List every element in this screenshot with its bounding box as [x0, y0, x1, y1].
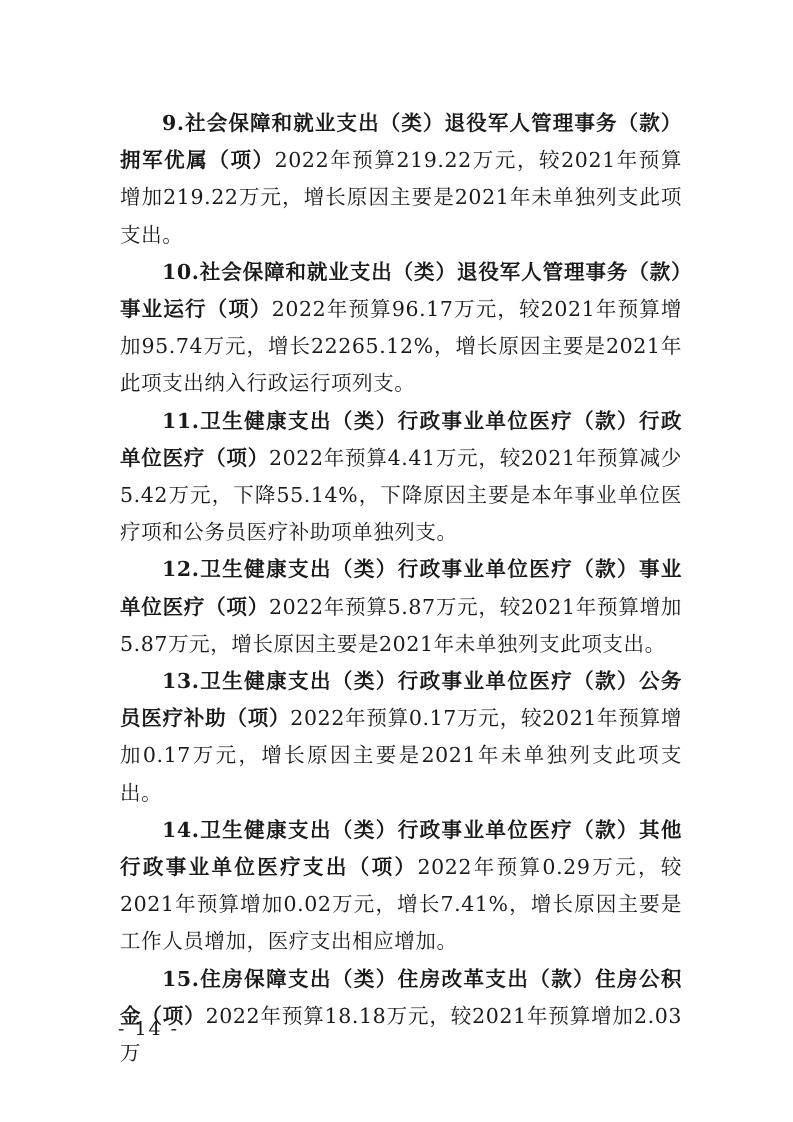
paragraph-10: 10.社会保障和就业支出（类）退役军人管理事务（款）事业运行（项）2022年预算… — [120, 254, 682, 403]
paragraph-15: 15.住房保障支出（类）住房改革支出（款）住房公积金（项）2022年预算18.1… — [120, 961, 682, 1073]
document-body: 9.社会保障和就业支出（类）退役军人管理事务（款）拥军优属（项）2022年预算2… — [120, 105, 682, 1072]
paragraph-11: 11.卫生健康支出（类）行政事业单位医疗（款）行政单位医疗（项）2022年预算4… — [120, 403, 682, 552]
paragraph-13: 13.卫生健康支出（类）行政事业单位医疗（款）公务员医疗补助（项）2022年预算… — [120, 663, 682, 812]
paragraph-9: 9.社会保障和就业支出（类）退役军人管理事务（款）拥军优属（项）2022年预算2… — [120, 105, 682, 254]
paragraph-14: 14.卫生健康支出（类）行政事业单位医疗（款）其他行政事业单位医疗支出（项）20… — [120, 812, 682, 961]
page-number: - 14 - — [118, 1018, 179, 1040]
paragraph-12: 12.卫生健康支出（类）行政事业单位医疗（款）事业单位医疗（项）2022年预算5… — [120, 551, 682, 663]
